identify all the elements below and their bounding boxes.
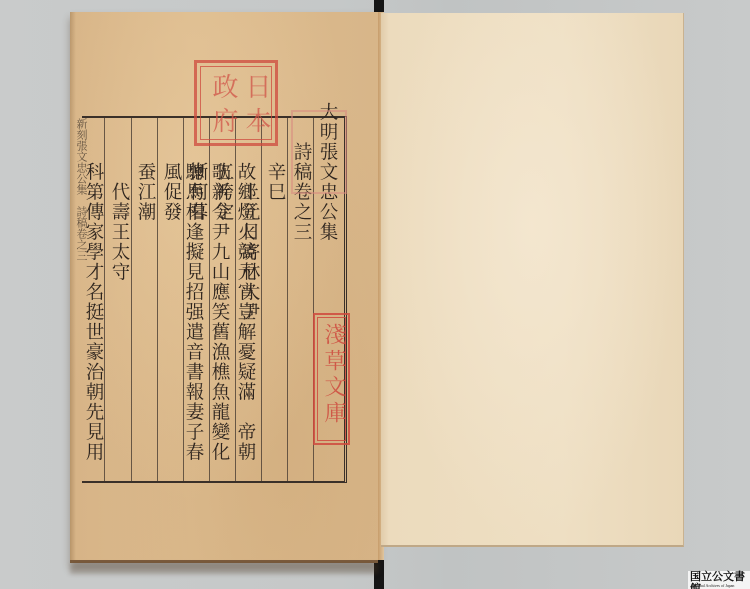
- seal-rect-text: 淺草文庫: [318, 323, 349, 427]
- column-rule: [131, 118, 132, 481]
- logo-english: National Archives of Japan: [691, 583, 734, 588]
- column-rule: [157, 118, 158, 481]
- page-shadow: [70, 564, 378, 574]
- year-heading: 辛巳: [264, 162, 286, 202]
- column-rule: [104, 118, 105, 481]
- poem3-title: 代壽王太守: [108, 182, 130, 282]
- right-page-blank: [381, 13, 684, 547]
- column-rule: [261, 118, 262, 481]
- faint-seal-title: [291, 110, 347, 194]
- national-archives-logo: 国立公文書館 National Archives of Japan: [688, 571, 750, 589]
- seal-glyph: 府: [203, 103, 236, 137]
- poem-line-3: 驄馬相逢擬見招强遣音書報妻子春風促發: [160, 162, 204, 481]
- seal-asakusa-bunko: 淺草文庫: [313, 313, 350, 445]
- seal-square-glyphs: 日 本 政 府: [203, 69, 269, 137]
- column-rule: [287, 118, 288, 481]
- seal-glyph: 政: [203, 69, 236, 103]
- seal-glyph: 日: [236, 69, 269, 103]
- seal-square: 日 本 政 府: [194, 60, 278, 146]
- poem2-title: 蚕江潮: [134, 162, 156, 222]
- poem3-line: 科第傳家學才名挺世豪治朝先見用: [82, 162, 104, 462]
- seal-glyph: 本: [236, 103, 269, 137]
